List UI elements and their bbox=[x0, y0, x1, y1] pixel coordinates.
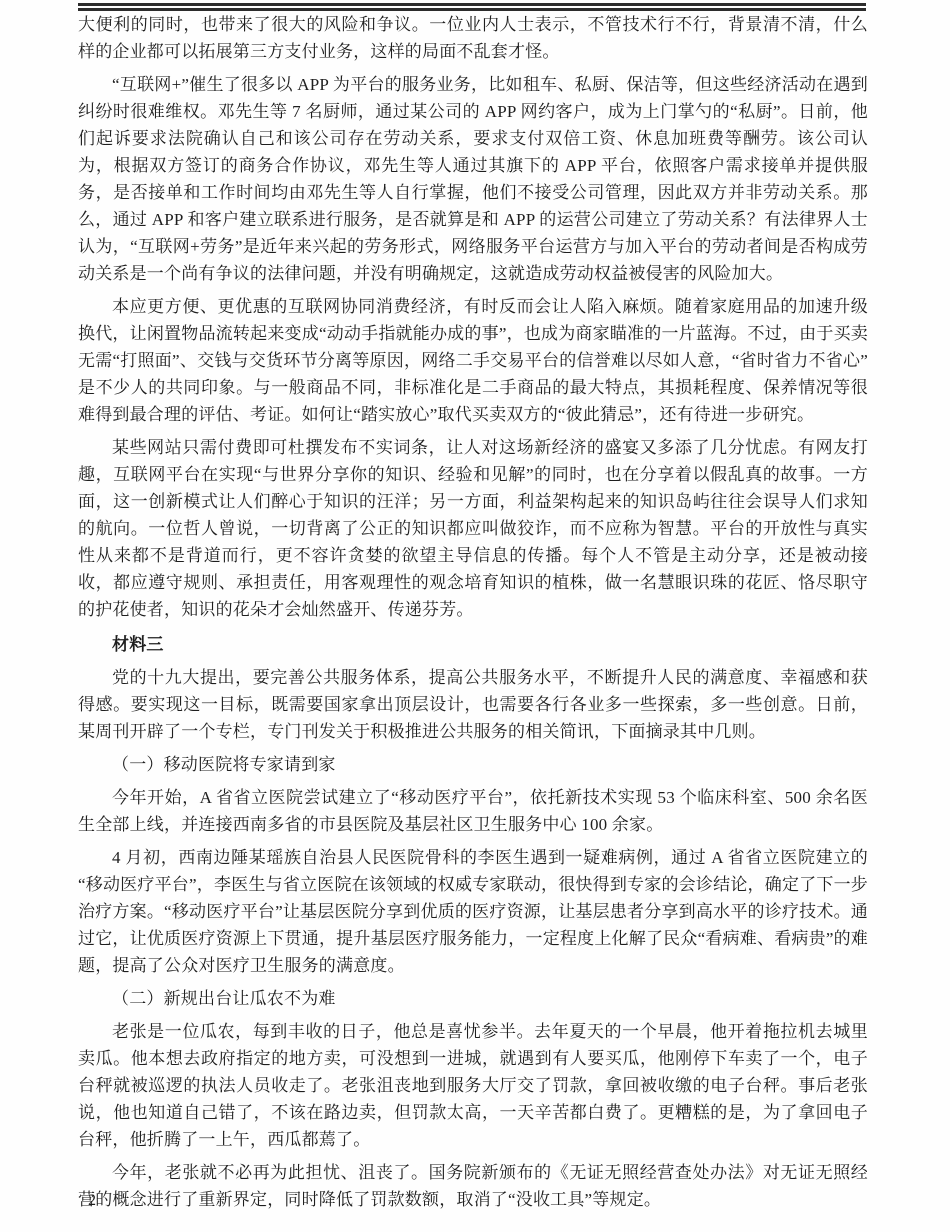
body-paragraph-public-service-intro: 党的十九大提出，要完善公共服务体系，提高公共服务水平，不断提升人民的满意度、幸福… bbox=[78, 664, 868, 745]
material-three-heading: 材料三 bbox=[78, 631, 868, 658]
scanned-document-page: 大便利的同时，也带来了很大的风险和争议。一位业内人士表示，不管技术行不行，背景清… bbox=[0, 0, 950, 1232]
body-paragraph-secondhand-trade: 本应更方便、更优惠的互联网协同消费经济，有时反而会让人陷入麻烦。随着家庭用品的加… bbox=[78, 293, 868, 428]
body-paragraph-internet-plus: “互联网+”催生了很多以 APP 为平台的服务业务，比如租车、私厨、保洁等，但这… bbox=[78, 71, 868, 287]
section-two-heading: （二）新规出台让瓜农不为难 bbox=[78, 985, 868, 1012]
body-paragraph-mobile-medical-platform: 4 月初，西南边陲某瑶族自治县人民医院骨科的李医生遇到一疑难病例，通过 A 省省… bbox=[78, 844, 868, 979]
body-paragraph-new-regulation: 今年，老张就不必再为此担忧、沮丧了。国务院新颁布的《无证无照经营查处办法》对无证… bbox=[78, 1159, 868, 1213]
body-paragraph-mobile-hospital: 今年开始，A 省省立医院尝试建立了“移动医疗平台”，依托新技术实现 53 个临床… bbox=[78, 784, 868, 838]
page-number: 2 bbox=[88, 1192, 96, 1210]
header-rule bbox=[78, 3, 866, 11]
body-paragraph-knowledge-sharing: 某些网站只需付费即可杜撰发布不实词条，让人对这场新经济的盛宴又多添了几分忧虑。有… bbox=[78, 434, 868, 623]
section-one-heading: （一）移动医院将专家请到家 bbox=[78, 751, 868, 778]
body-paragraph-continuation: 大便利的同时，也带来了很大的风险和争议。一位业内人士表示，不管技术行不行，背景清… bbox=[78, 11, 868, 65]
body-paragraph-melon-farmer: 老张是一位瓜农，每到丰收的日子，他总是喜忧参半。去年夏天的一个早晨，他开着拖拉机… bbox=[78, 1018, 868, 1153]
document-body: 大便利的同时，也带来了很大的风险和争议。一位业内人士表示，不管技术行不行，背景清… bbox=[78, 11, 868, 1219]
